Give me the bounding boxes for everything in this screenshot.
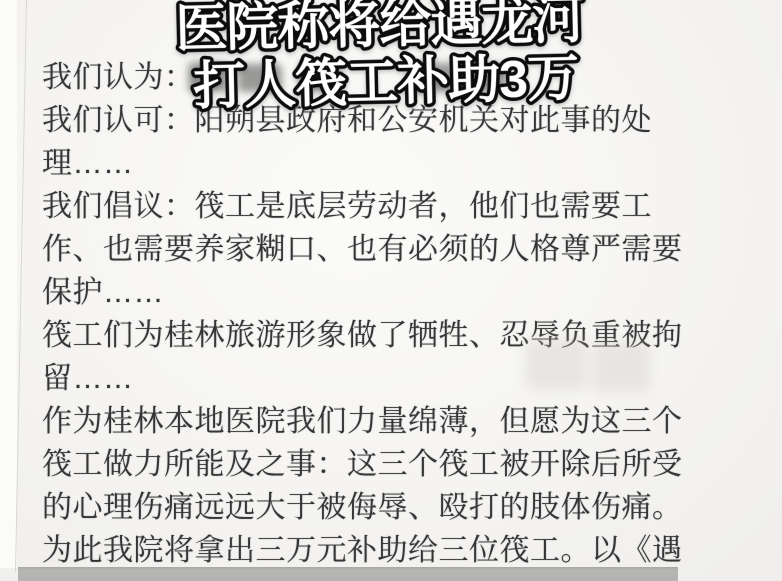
document-line: 作为桂林本地医院我们力量绵薄，但愿为这三个 [42,400,683,443]
page-margin-strip [0,0,17,568]
document-line: 的心理伤痛远远大于被侮辱、殴打的肢体伤痛。 [42,486,683,529]
video-frame: 我们认为： 我们认可：阳朔县政府和公安机关对此事的处 理…… 我们倡议：筏工是底… [0,0,782,581]
bottom-gray-bar [18,567,678,581]
document-line: 理…… [42,142,683,185]
headline-overlay: 医院称将给遇龙河 打人筏工补助3万 [124,0,637,127]
document-line: 筏工做力所能及之事：这三个筏工被开除后所受 [42,443,683,486]
statement-document: 我们认为： 我们认可：阳朔县政府和公安机关对此事的处 理…… 我们倡议：筏工是底… [42,56,683,572]
document-line: 保护…… [42,271,683,314]
headline-line2: 打人筏工补助3万 [193,50,579,117]
document-line: 作、也需要养家糊口、也有必须的人格尊严需要 [42,228,683,271]
document-line: 为此我院将拿出三万元补助给三位筏工。以《遇 [42,529,683,572]
watermark-glyph [525,338,587,390]
document-line: 我们倡议：筏工是底层劳动者，他们也需要工 [42,185,683,228]
watermark-glyph [592,342,650,392]
